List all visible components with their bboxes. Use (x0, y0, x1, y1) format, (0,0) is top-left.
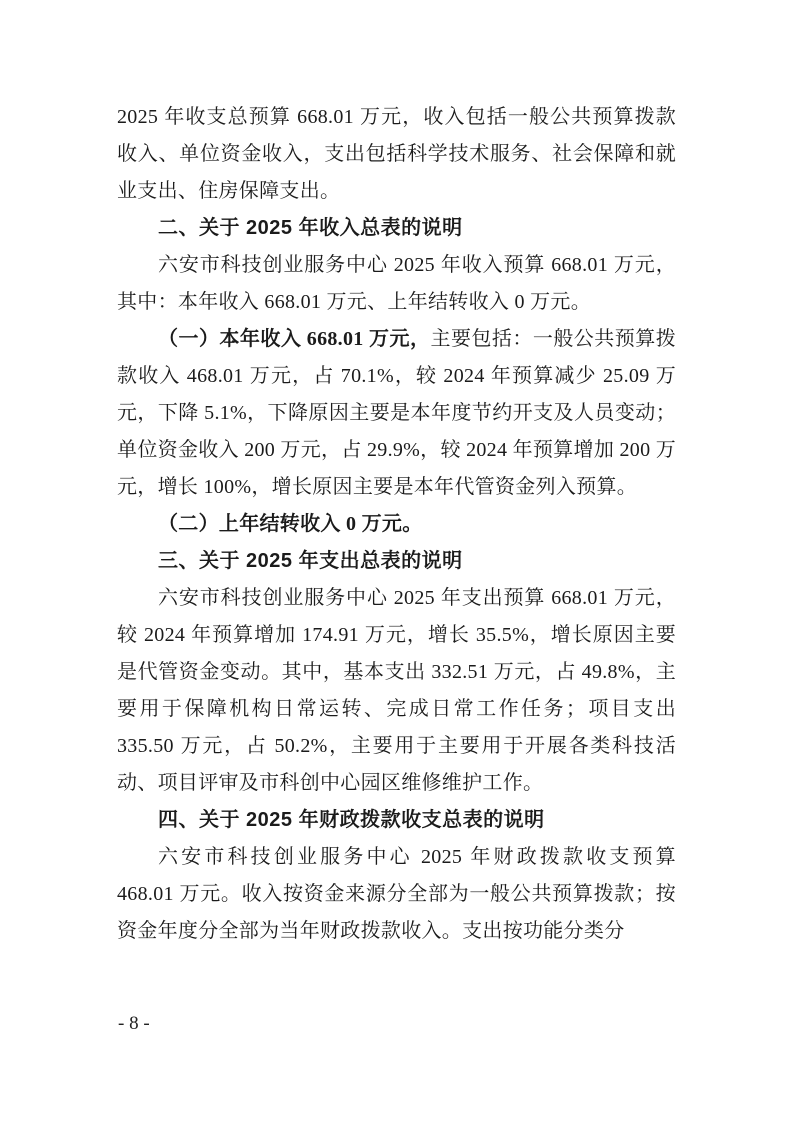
page-number: - 8 - (118, 1013, 150, 1034)
paragraph-text: 六安市科技创业服务中心 2025 年支出预算 668.01 万元，较 2024 … (117, 587, 676, 794)
document-page: 2025 年收支总预算 668.01 万元，收入包括一般公共预算拨款收入、单位资… (0, 0, 793, 1122)
paragraph-text: （二）上年结转收入 0 万元。 (158, 513, 423, 535)
document-body: 2025 年收支总预算 668.01 万元，收入包括一般公共预算拨款收入、单位资… (117, 99, 676, 950)
paragraph-text: 六安市科技创业服务中心 2025 年财政拨款收支预算 468.01 万元。收入按… (117, 846, 676, 942)
paragraph-expenditure-budget: 六安市科技创业服务中心 2025 年支出预算 668.01 万元，较 2024 … (117, 580, 676, 802)
paragraph-budget-total-continuation: 2025 年收支总预算 668.01 万元，收入包括一般公共预算拨款收入、单位资… (117, 99, 676, 210)
section-heading-fiscal-appropriation-table: 四、关于 2025 年财政拨款收支总表的说明 (117, 802, 676, 839)
section-heading-expenditure-table: 三、关于 2025 年支出总表的说明 (117, 543, 676, 580)
section-heading-income-table: 二、关于 2025 年收入总表的说明 (117, 210, 676, 247)
paragraph-income-budget: 六安市科技创业服务中心 2025 年收入预算 668.01 万元，其中：本年收入… (117, 247, 676, 321)
paragraph-text: 六安市科技创业服务中心 2025 年收入预算 668.01 万元，其中：本年收入… (117, 254, 676, 313)
paragraph-text: 主要包括：一般公共预算拨款收入 468.01 万元，占 70.1%，较 2024… (117, 328, 676, 498)
heading-text: 四、关于 2025 年财政拨款收支总表的说明 (158, 809, 545, 831)
page-footer: - 8 - (118, 1011, 150, 1037)
paragraph-bold-lead: （一）本年收入 668.01 万元， (158, 328, 430, 350)
paragraph-current-year-income: （一）本年收入 668.01 万元，主要包括：一般公共预算拨款收入 468.01… (117, 321, 676, 506)
heading-text: 二、关于 2025 年收入总表的说明 (158, 217, 463, 239)
heading-text: 三、关于 2025 年支出总表的说明 (158, 550, 463, 572)
paragraph-text: 2025 年收支总预算 668.01 万元，收入包括一般公共预算拨款收入、单位资… (117, 106, 676, 202)
paragraph-carryover-income: （二）上年结转收入 0 万元。 (117, 506, 676, 543)
paragraph-fiscal-appropriation: 六安市科技创业服务中心 2025 年财政拨款收支预算 468.01 万元。收入按… (117, 839, 676, 950)
